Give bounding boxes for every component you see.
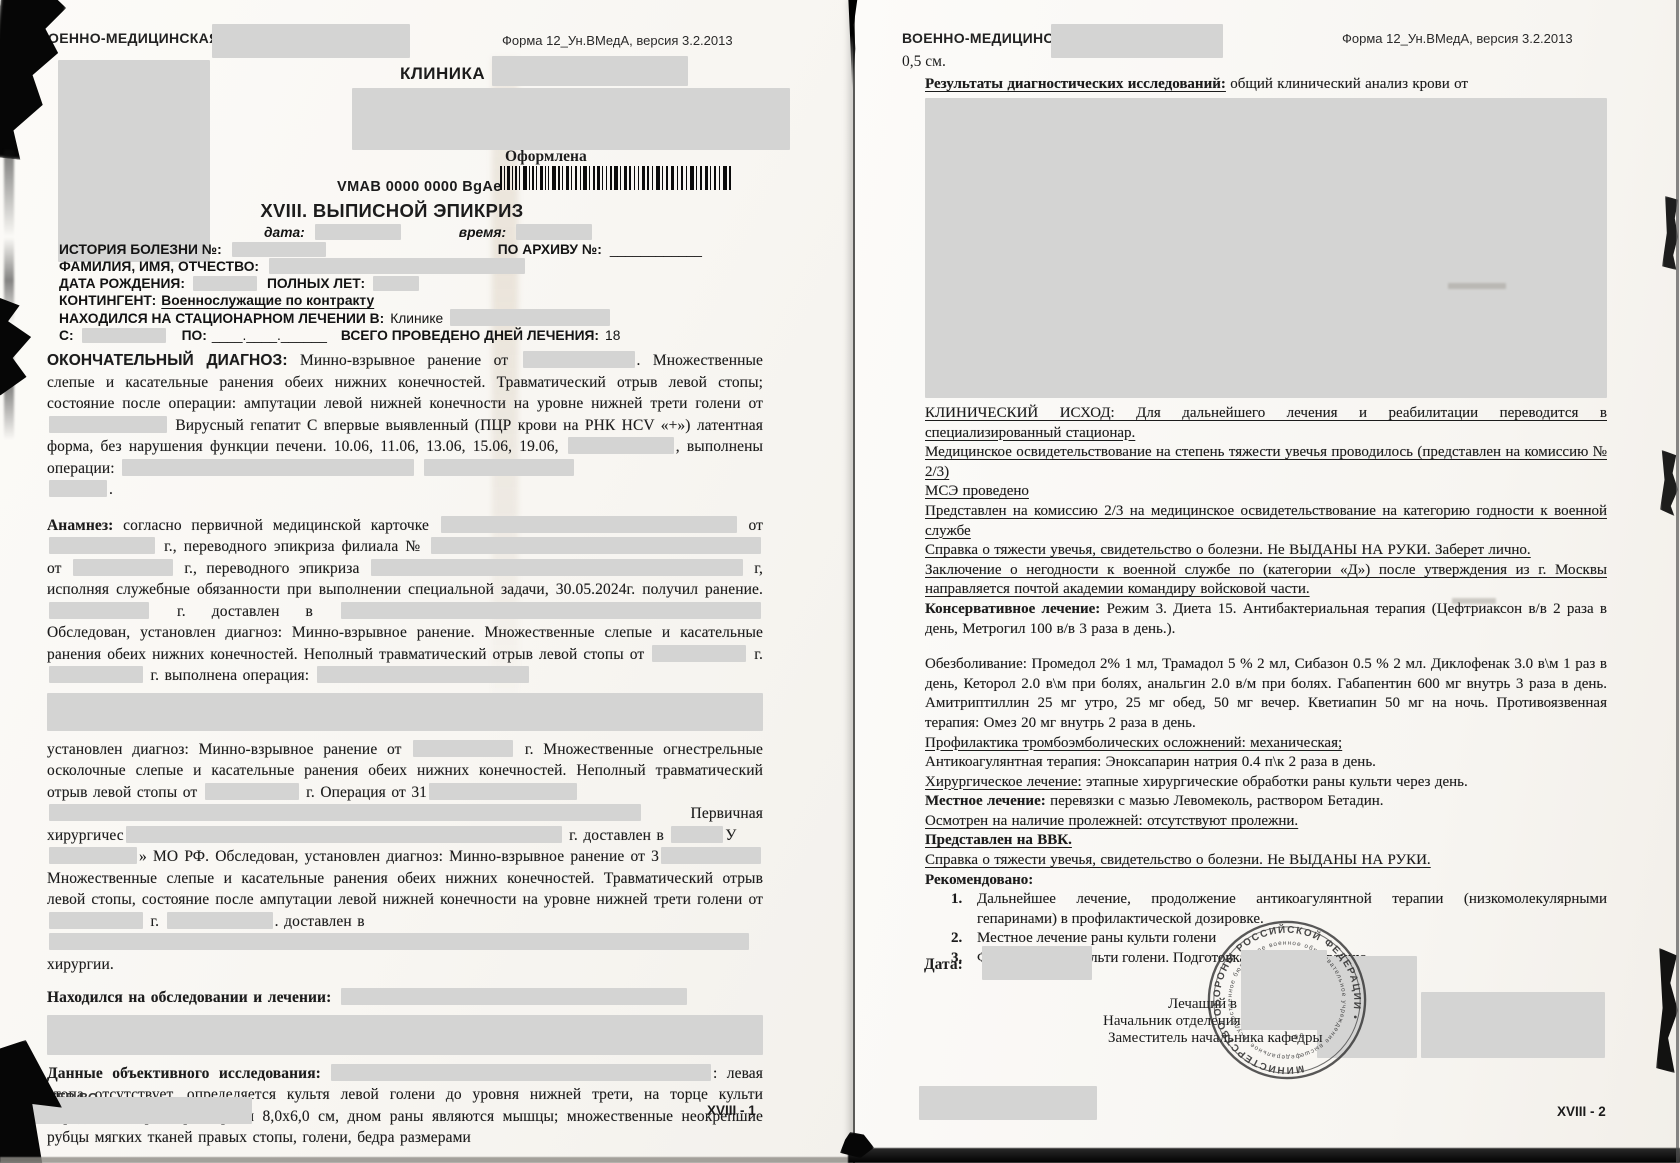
redaction <box>193 276 257 291</box>
text-run: . <box>109 481 113 498</box>
text-run: Множественные слепые и касательные ранен… <box>47 870 763 909</box>
text-run: Местное лечение: <box>925 793 1046 809</box>
text-run: ИСТОРИЯ БОЛЕЗНИ №: <box>59 242 222 257</box>
text-run: ПО АРХИВУ №: <box>498 242 602 257</box>
redaction <box>671 826 723 843</box>
text-run: Результаты диагностических исследований: <box>925 76 1226 92</box>
text-run: ОКОНЧАТЕЛЬНЫЙ ДИАГНОЗ: <box>47 352 288 369</box>
spacer <box>222 253 230 254</box>
page1-body: дата:время: ИСТОРИЯ БОЛЕЗНИ №:ПО АРХИВУ … <box>47 224 763 1149</box>
treatment-location-line: Находился на обследовании и лечении: <box>47 987 763 1009</box>
field-full-name: ФАМИЛИЯ, ИМЯ, ОТЧЕСТВО: <box>59 258 763 275</box>
redaction <box>441 516 737 533</box>
redaction <box>982 946 1092 980</box>
issued-label: Оформлена <box>505 148 587 166</box>
text-run: 18 <box>605 328 620 343</box>
anticoagulant-line: Антикоагулянтная терапия: Эноксапарин на… <box>925 753 1607 773</box>
redaction <box>652 645 746 662</box>
text-run: ПОЛНЫХ ЛЕТ: <box>267 276 365 291</box>
spacer <box>305 236 313 237</box>
date-time-line: дата:время: <box>47 224 763 241</box>
text-run: ПО: <box>182 328 207 343</box>
text-run: Клинике <box>390 311 443 326</box>
spacer <box>321 1077 329 1078</box>
spacer <box>403 236 459 237</box>
redaction <box>523 351 635 368</box>
redaction-block <box>47 693 763 731</box>
field-contingent: КОНТИНГЕНТ:Военнослужащие по контракту <box>59 292 763 309</box>
text-run: Справка о тяжести увечья, свидетельство … <box>925 542 1531 558</box>
text-run: г., переводного эпикриза <box>175 560 369 577</box>
text-run: У <box>725 827 736 844</box>
anamnesis-paragraph: Анамнез: согласно первичной медицинской … <box>47 515 763 687</box>
vvk-line: Представлен на ВВК. <box>925 831 1607 851</box>
text-run: согласно первичной медицинской карточке <box>113 517 438 534</box>
text-run: . доставлен в <box>275 913 365 930</box>
spacer <box>443 322 448 323</box>
redaction <box>49 602 149 619</box>
text-run: Осмотрен на наличие пролежней: отсутству… <box>925 813 1298 829</box>
text-run: ФАМИЛИЯ, ИМЯ, ОТЧЕСТВО: <box>59 259 259 274</box>
redaction <box>167 912 273 929</box>
spacer <box>327 339 341 340</box>
scan-speck <box>1452 598 1496 604</box>
item-number: 1. <box>951 890 977 929</box>
text-run: хирургии. <box>47 956 114 973</box>
spacer <box>328 253 498 254</box>
redaction <box>341 602 761 619</box>
spacer <box>168 339 182 340</box>
barcode-text: VMAB 0000 0000 BgAe <box>337 179 502 195</box>
text-run: г. выполнена операция: <box>145 667 315 684</box>
results-paragraph: Результаты диагностических исследований:… <box>925 74 1607 95</box>
diagnosis-established-paragraph: установлен диагноз: Минно-взрывное ранен… <box>47 739 763 976</box>
redaction-block <box>352 88 790 150</box>
item-number: 2. <box>951 929 977 949</box>
final-diagnosis-paragraph: ОКОНЧАТЕЛЬНЫЙ ДИАГНОЗ: Минно-взрывное ра… <box>47 350 763 501</box>
redaction <box>232 242 326 257</box>
page-2: ВОЕННО-МЕДИЦИНСКАЯ Форма 12_Ун.ВМедА, ве… <box>853 0 1680 1163</box>
scan-artifact-bottom-edge-right <box>848 1148 1680 1163</box>
text-run: Представлен на комиссию 2/3 на медицинск… <box>925 503 1607 539</box>
spacer <box>602 253 610 254</box>
text-run: Консервативное лечение: <box>925 601 1100 617</box>
spacer <box>365 287 371 288</box>
text-run: ДАТА РОЖДЕНИЯ: <box>59 276 185 291</box>
redaction <box>516 224 592 240</box>
redaction <box>49 537 155 554</box>
text-run: от <box>47 560 71 577</box>
redaction <box>568 437 674 454</box>
recommended-label: Рекомендовано: <box>925 871 1607 891</box>
redaction <box>371 559 743 576</box>
text-run: г. доставлен в <box>564 827 670 844</box>
field-dates: С:ПО:____.____.______ВСЕГО ПРОВЕДЕНО ДНЕ… <box>59 327 763 344</box>
commission-paragraph: Представлен на комиссию 2/3 на медицинск… <box>925 502 1607 541</box>
scan-artifact-bottom-edge-left <box>0 1157 850 1163</box>
text-run: Обезболивание: Промедол 2% 1 мл, Трамадо… <box>925 656 1607 731</box>
mse-line: МСЭ проведено <box>925 482 1607 502</box>
local-treatment-line: Местное лечение: перевязки с мазью Левом… <box>925 792 1607 812</box>
scan-edge-line <box>1676 0 1679 1163</box>
spacer <box>47 236 264 237</box>
text-run: г. доставлен в <box>151 603 339 620</box>
medical-exam-paragraph: Медицинское освидетельствование на степе… <box>925 443 1607 482</box>
text-run: ____.____.______ <box>212 328 327 343</box>
text-run: Находился на обследовании и лечении: <box>47 989 331 1006</box>
redaction <box>49 847 137 864</box>
scanned-document: { "page1": { "org": "ВОЕННО-МЕДИЦИНСКАЯ"… <box>0 0 1680 1163</box>
page-number: XVIII - 2 <box>1557 1104 1606 1119</box>
text-run: г., переводного эпикриза филиала № <box>157 538 429 555</box>
org-header: ВОЕННО-МЕДИЦИНСКАЯ <box>38 30 219 46</box>
text-run: дата: <box>264 225 305 240</box>
redaction <box>49 416 167 433</box>
text-run: Заключение о негодности к военной службе… <box>925 562 1607 598</box>
page2-body: Результаты диагностических исследований:… <box>925 74 1607 969</box>
text-run: г. Операция от 31 <box>301 784 427 801</box>
field-history-no: ИСТОРИЯ БОЛЕЗНИ №:ПО АРХИВУ №:__________… <box>59 241 763 258</box>
text-run: от <box>739 517 763 534</box>
text-run: перевязки с мазью Левомеколь, раствором … <box>1046 793 1384 809</box>
text-run: Минно-взрывное ранение от <box>288 352 521 369</box>
redaction <box>341 988 687 1005</box>
scan-speck <box>1448 283 1506 289</box>
redaction <box>317 666 529 683</box>
text-run: установлен диагноз: Минно-взрывное ранен… <box>47 741 411 758</box>
barcode <box>500 166 732 190</box>
clinical-outcome-paragraph: КЛИНИЧЕСКИЙ ИСХОД: Для дальнейшего лечен… <box>925 404 1607 443</box>
clinic-label: КЛИНИКА <box>400 64 485 84</box>
certificate-line-2: Справка о тяжести увечья, свидетельство … <box>925 851 1607 871</box>
text-run <box>416 460 421 477</box>
text-run: общий клинический анализ крови от <box>1226 76 1468 92</box>
redaction <box>49 804 641 821</box>
field-hospital: НАХОДИЛСЯ НА СТАЦИОНАРНОМ ЛЕЧЕНИИ В:Клин… <box>59 309 763 327</box>
redaction <box>413 740 513 757</box>
form-version: Форма 12_Ун.ВМедА, версия 3.2.2013 <box>502 33 733 48</box>
text-run: С: <box>59 328 74 343</box>
text-run: г. <box>748 646 763 663</box>
text-run: Анамнез: <box>47 517 113 534</box>
redaction <box>269 258 525 274</box>
text-run: время: <box>459 225 506 240</box>
text-run: Хирургическое лечение: <box>925 774 1082 790</box>
redaction <box>315 224 401 240</box>
redaction-block <box>919 1086 1097 1120</box>
text-run: этапные хирургические обработки раны кул… <box>1082 774 1468 790</box>
date-label: Дата: <box>924 956 963 974</box>
redaction <box>212 24 410 58</box>
redaction-block <box>1421 992 1605 1058</box>
text-run: Данные объективного исследования: <box>47 1065 321 1082</box>
text-run: Медицинское освидетельствование на степе… <box>925 444 1607 480</box>
form-version: Форма 12_Ун.ВМедА, версия 3.2.2013 <box>1342 31 1573 46</box>
analgesia-paragraph: Обезболивание: Промедол 2% 1 мл, Трамадо… <box>925 655 1607 733</box>
text-run: Представлен на ВВК. <box>925 832 1072 848</box>
text-run: Профилактика тромбоэмболических осложнен… <box>925 735 1342 751</box>
redaction <box>450 309 610 326</box>
carryover-text: 0,5 см. <box>902 53 946 71</box>
redaction <box>492 56 688 86</box>
bedsores-line: Осмотрен на наличие пролежней: отсутству… <box>925 812 1607 832</box>
redaction <box>82 328 166 343</box>
redaction <box>49 912 143 929</box>
redaction <box>661 847 761 864</box>
text-run: КОНТИНГЕНТ: <box>59 293 156 308</box>
text-run: МСЭ проведено <box>925 483 1029 499</box>
surgical-treatment-line: Хирургическое лечение: этапные хирургиче… <box>925 773 1607 793</box>
redaction <box>126 826 562 843</box>
redaction <box>424 459 574 476</box>
spacer <box>506 236 514 237</box>
page-number: XVIII - 1 <box>707 1103 756 1118</box>
field-birth-date: ДАТА РОЖДЕНИЯ:ПОЛНЫХ ЛЕТ: <box>59 275 763 292</box>
redaction <box>373 276 419 291</box>
text-run: НАХОДИЛСЯ НА СТАЦИОНАРНОМ ЛЕЧЕНИИ В: <box>59 311 384 326</box>
certificate-line-1: Справка о тяжести увечья, свидетельство … <box>925 541 1607 561</box>
spacer <box>185 287 191 288</box>
spacer <box>74 339 80 340</box>
page-1: ВОЕННО-МЕДИЦИНСКАЯ Форма 12_Ун.ВМедА, ве… <box>0 0 853 1163</box>
redaction <box>49 480 107 497</box>
text-run: ____________ <box>610 242 702 257</box>
scan-artifact-left-streak <box>4 150 14 440</box>
spacer <box>331 1001 339 1002</box>
spacer <box>259 270 267 271</box>
redaction-block <box>925 98 1607 398</box>
redaction <box>1051 24 1223 58</box>
redaction <box>49 666 143 683</box>
conservative-treatment-paragraph: Консервативное лечение: Режим 3. Диета 1… <box>925 600 1607 639</box>
text-run: Военнослужащие по контракту <box>161 293 374 308</box>
stamp-center-marks: 0 0 0 <box>1288 1033 1305 1044</box>
text-run: Антикоагулянтная терапия: Эноксапарин на… <box>925 754 1376 770</box>
text-run: » МО РФ. Обследован, установлен диагноз:… <box>139 848 659 865</box>
section-title: XVIII. ВЫПИСНОЙ ЭПИКРИЗ <box>0 200 784 222</box>
text-run: г. <box>145 913 165 930</box>
text-run: Справка о тяжести увечья, свидетельство … <box>925 852 1431 868</box>
redaction <box>331 1064 711 1081</box>
conclusion-paragraph: Заключение о негодности к военной службе… <box>925 561 1607 600</box>
spacer <box>259 287 267 288</box>
thromboprophylaxis-line: Профилактика тромбоэмболических осложнен… <box>925 734 1607 754</box>
redaction <box>431 537 761 554</box>
text-run: КЛИНИЧЕСКИЙ ИСХОД: Для дальнейшего лечен… <box>925 405 1607 441</box>
redaction <box>49 933 749 950</box>
text-run: Рекомендовано: <box>925 872 1033 888</box>
redaction <box>205 783 299 800</box>
redaction-block <box>47 1015 763 1055</box>
text-run: ВСЕГО ПРОВЕДЕНО ДНЕЙ ЛЕЧЕНИЯ: <box>341 328 599 343</box>
redaction-block <box>1241 950 1327 1030</box>
redaction <box>429 783 577 800</box>
redaction <box>122 459 414 476</box>
redaction <box>73 559 173 576</box>
